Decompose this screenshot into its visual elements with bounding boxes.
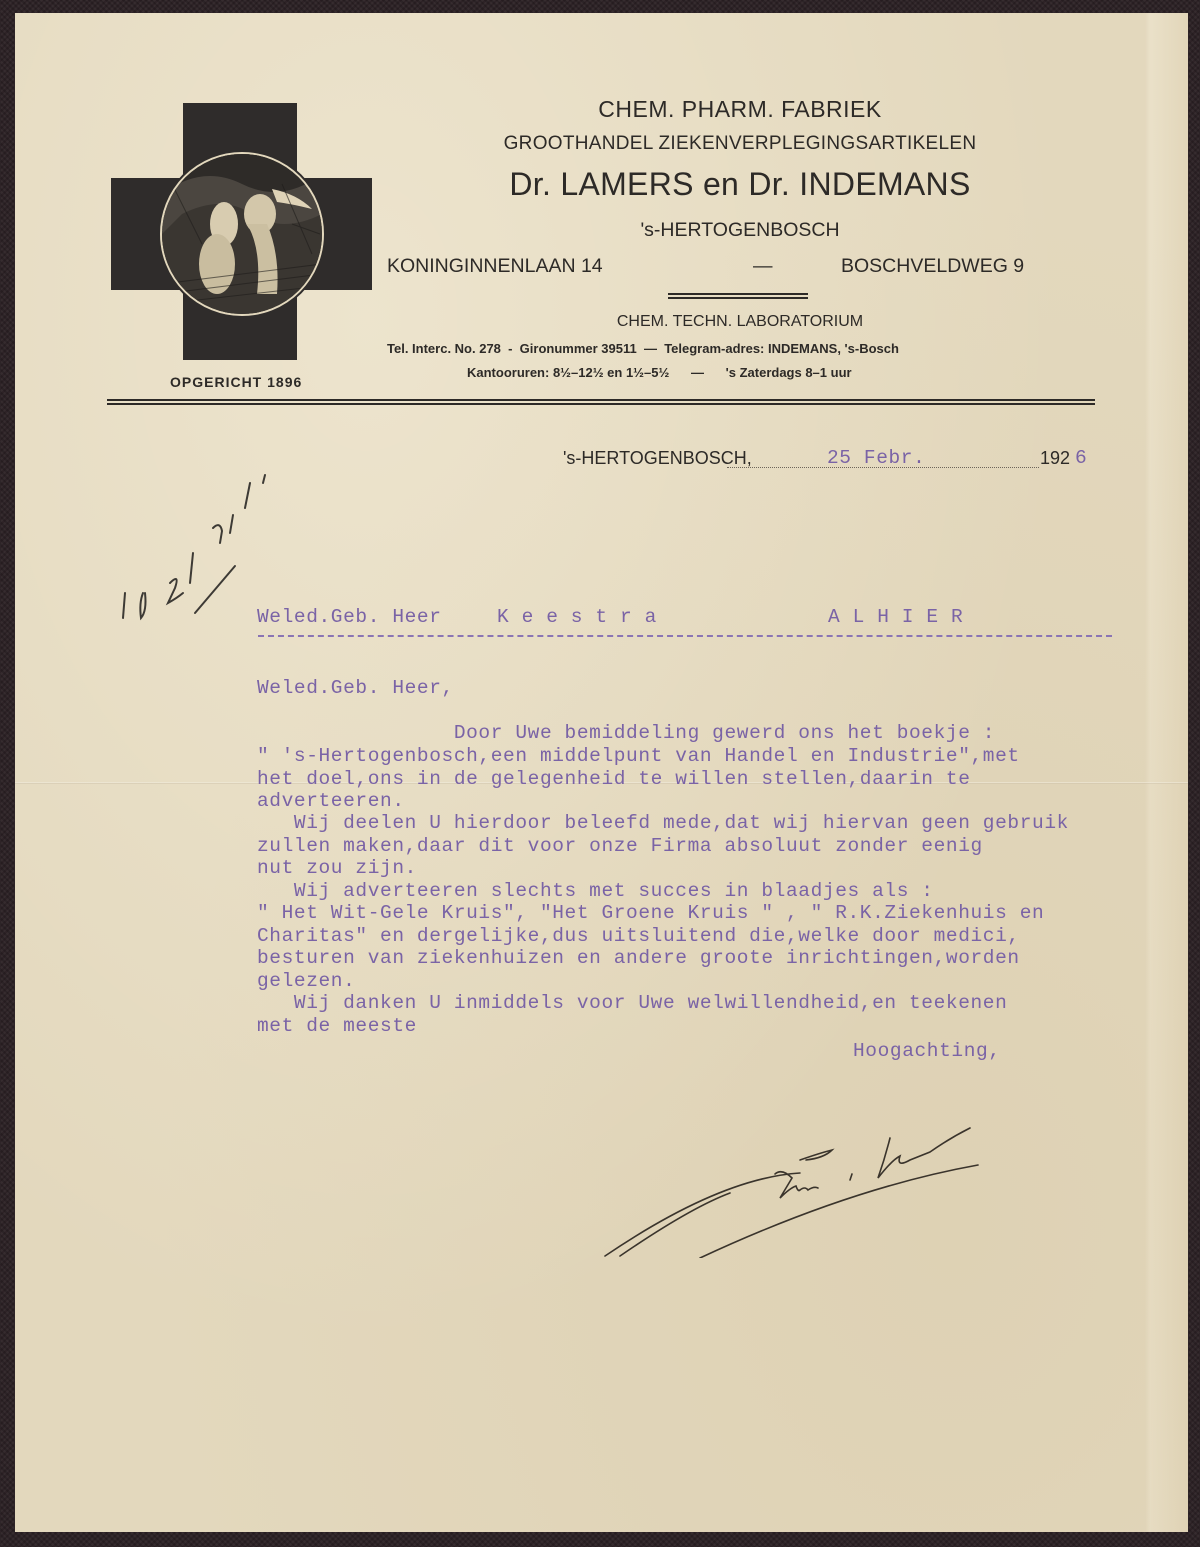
contact-line: Tel. Interc. No. 278 - Gironummer 39511 … <box>387 341 899 356</box>
body-line: Wij danken U inmiddels voor Uwe welwille… <box>257 992 1007 1014</box>
year-typed: 6 <box>1075 447 1087 469</box>
header-divider-main <box>107 399 1095 405</box>
header-line-2: GROOTHANDEL ZIEKENVERPLEGINGSARTIKELEN <box>504 133 977 155</box>
handwriting-icon: 1.0 24. 51.1 <box>95 453 295 623</box>
svg-text:1.0 24. 51.1: 1.0 24. 51.1 <box>95 453 100 454</box>
body-line: " Het Wit-Gele Kruis", "Het Groene Kruis… <box>257 902 1044 924</box>
handwritten-signature-icon <box>600 1098 1020 1263</box>
body-line: gelezen. <box>257 970 355 992</box>
greeting: Weled.Geb. Heer, <box>257 677 454 699</box>
established-label: OPGERICHT 1896 <box>170 374 302 390</box>
typed-date: 25 Febr. <box>827 447 925 469</box>
date-city: 's-HERTOGENBOSCH, <box>563 448 752 469</box>
letter-paper: OPGERICHT 1896 CHEM. PHARM. FABRIEK GROO… <box>15 13 1188 1532</box>
body-line: Wij deelen U hierdoor beleefd mede,dat w… <box>257 812 1069 834</box>
year-printed: 192 <box>1040 448 1070 469</box>
address-separator: — <box>753 255 773 278</box>
body-line: het doel,ons in de gelegenheid te willen… <box>257 768 971 790</box>
address-left: KONINGINNENLAAN 14 <box>387 255 603 278</box>
body-line: Door Uwe bemiddeling gewerd ons het boek… <box>257 722 995 744</box>
body-line: zullen maken,daar dit voor onze Firma ab… <box>257 835 983 857</box>
body-line: besturen van ziekenhuizen en andere groo… <box>257 947 1020 969</box>
body-line: nut zou zijn. <box>257 857 417 879</box>
hours-line: Kantooruren: 8½–12½ en 1½–5½ — 's Zaterd… <box>467 365 852 380</box>
red-cross-medallion-icon <box>160 152 324 316</box>
city-header: 's-HERTOGENBOSCH <box>640 219 839 242</box>
recipient-underline <box>258 635 1112 637</box>
medallion-illustration-icon <box>162 154 322 314</box>
handwritten-reference-note: 1.0 24. 51.1 <box>95 453 295 628</box>
body-line: met de meeste <box>257 1015 417 1037</box>
header-line-1: CHEM. PHARM. FABRIEK <box>598 96 881 123</box>
body-line: Wij adverteeren slechts met succes in bl… <box>257 880 934 902</box>
body-line: " 's-Hertogenbosch,een middelpunt van Ha… <box>257 745 1020 767</box>
recipient-name: K e e s t r a <box>497 606 657 628</box>
address-right: BOSCHVELDWEG 9 <box>841 255 1024 278</box>
header-divider-short <box>668 293 808 299</box>
closing: Hoogachting, <box>853 1040 1001 1062</box>
lab-name: CHEM. TECHN. LABORATORIUM <box>617 313 863 331</box>
body-line: Charitas" en dergelijke,dus uitsluitend … <box>257 925 1020 947</box>
recipient-title: Weled.Geb. Heer <box>257 606 442 628</box>
company-name: Dr. LAMERS en Dr. INDEMANS <box>509 166 970 203</box>
body-line: adverteeren. <box>257 790 405 812</box>
recipient-location: A L H I E R <box>828 606 963 628</box>
